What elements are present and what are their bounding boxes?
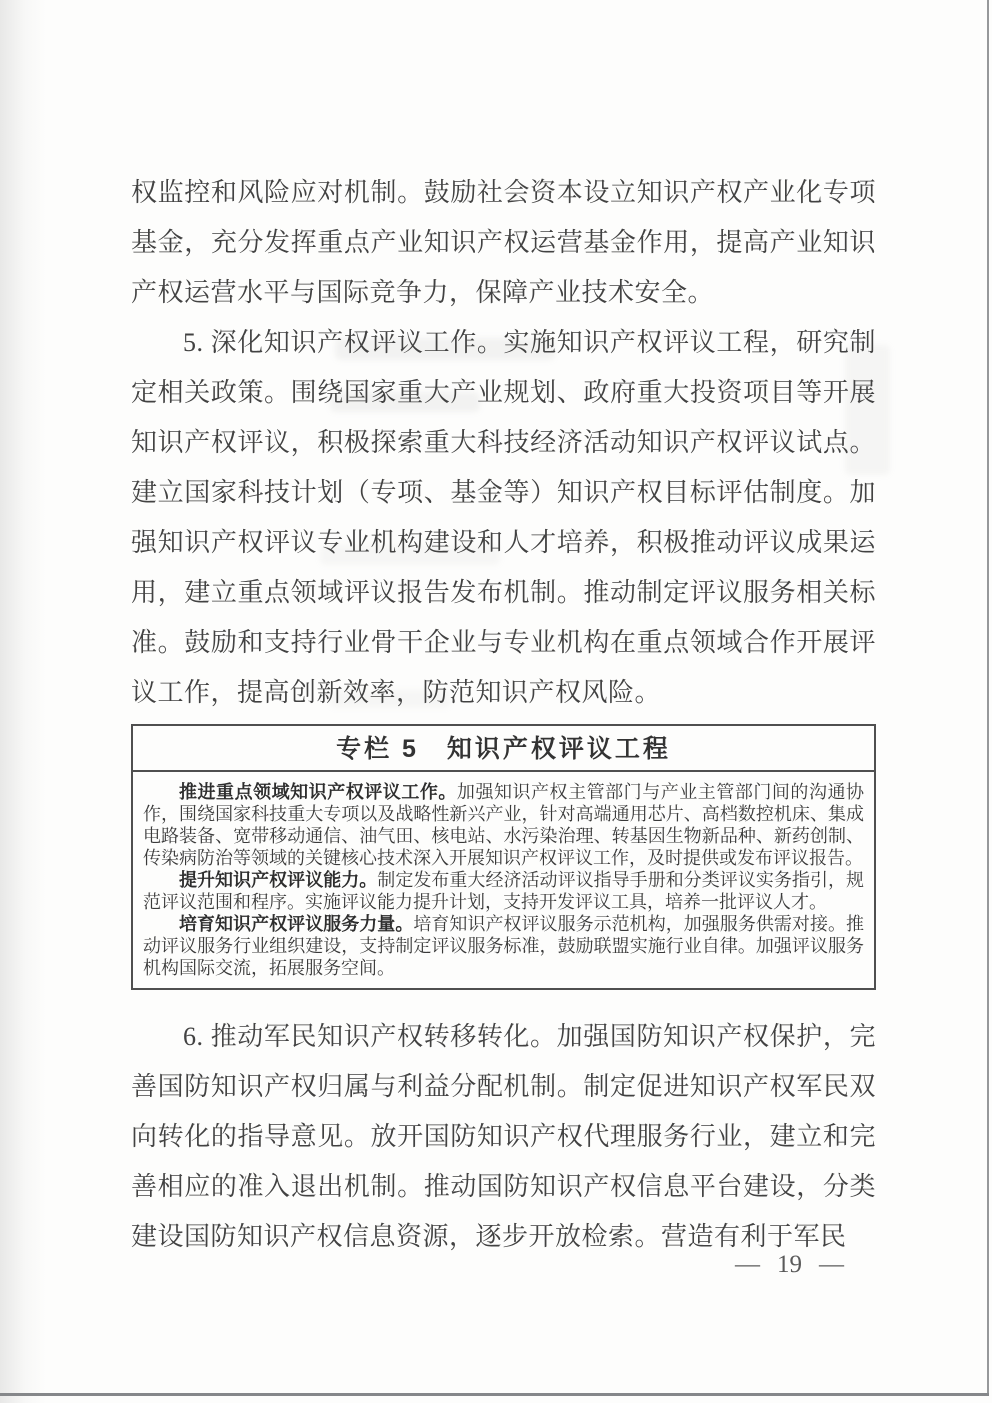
box-paragraph-lead: 推进重点领域知识产权评议工作。 <box>179 782 457 802</box>
document-body: 权监控和风险应对机制。鼓励社会资本设立知识产权产业化专项基金，充分发挥重点产业知… <box>131 168 876 1262</box>
scan-shadow-left <box>0 0 46 1403</box>
special-column-body: 推进重点领域知识产权评议工作。加强知识产权主管部门与产业主管部门间的沟通协作，围… <box>133 772 874 988</box>
page-footer: — 19 — <box>735 1252 844 1278</box>
paragraph-item-5: 5. 深化知识产权评议工作。实施知识产权评议工程，研究制定相关政策。围绕国家重大… <box>131 318 876 718</box>
box-paragraph: 培育知识产权评议服务力量。培育知识产权评议服务示范机构，加强服务供需对接。推动评… <box>143 913 864 979</box>
special-column-box: 专栏 5 知识产权评议工程 推进重点领域知识产权评议工作。加强知识产权主管部门与… <box>131 724 876 990</box>
box-paragraph: 推进重点领域知识产权评议工作。加强知识产权主管部门与产业主管部门间的沟通协作，围… <box>143 781 864 869</box>
special-column-title: 专栏 5 知识产权评议工程 <box>133 726 874 772</box>
box-paragraph-lead: 培育知识产权评议服务力量。 <box>179 914 413 934</box>
footer-dash-right: — <box>819 1252 844 1278</box>
footer-dash-left: — <box>735 1252 760 1278</box>
box-paragraph: 提升知识产权评议能力。制定发布重大经济活动评议指导手册和分类评议实务指引，规范评… <box>143 869 864 913</box>
page-edge-line-bottom <box>0 1393 989 1396</box>
scanned-document-page: 权监控和风险应对机制。鼓励社会资本设立知识产权产业化专项基金，充分发挥重点产业知… <box>0 0 992 1403</box>
page-edge-line-right <box>987 0 989 1396</box>
paragraph-item-6: 6. 推动军民知识产权转移转化。加强国防知识产权保护，完善国防知识产权归属与利益… <box>131 1012 876 1262</box>
paragraph-continuation: 权监控和风险应对机制。鼓励社会资本设立知识产权产业化专项基金，充分发挥重点产业知… <box>131 168 876 318</box>
box-paragraph-lead: 提升知识产权评议能力。 <box>179 870 377 890</box>
footer-page-number: 19 <box>777 1252 802 1278</box>
